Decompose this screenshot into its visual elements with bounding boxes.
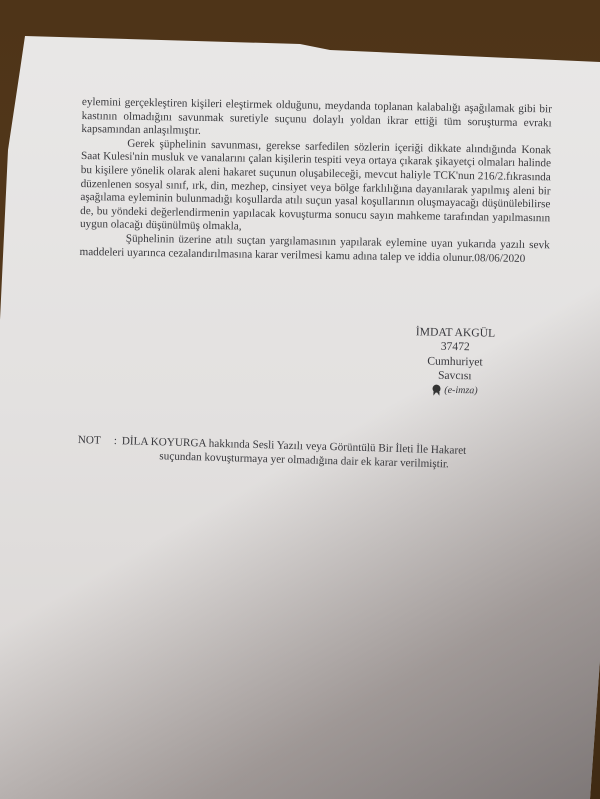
note-label: NOT bbox=[78, 433, 114, 448]
e-signature-label: (e-imza) bbox=[444, 383, 478, 398]
signature-block: İMDAT AKGÜL 37472 Cumhuriyet Savcısı (e-… bbox=[409, 325, 500, 399]
seal-icon bbox=[431, 384, 441, 396]
prosecutor-name: İMDAT AKGÜL bbox=[410, 325, 500, 341]
note-section: NOT : DİLA KOYURGA hakkında Sesli Yazılı… bbox=[77, 433, 518, 473]
prosecutor-number: 37472 bbox=[410, 340, 500, 356]
paragraph-conclusion: eylemini gerçekleştiren kişileri eleştir… bbox=[81, 96, 552, 144]
paragraph-assessment: Gerek şüphelinin savunması, gerekse sarf… bbox=[80, 137, 551, 240]
document-paper: eylemini gerçekleştiren kişileri eleştir… bbox=[0, 0, 600, 799]
e-signature: (e-imza) bbox=[409, 383, 499, 399]
prosecutor-title: Cumhuriyet Savcısı bbox=[410, 354, 500, 384]
document-body: eylemini gerçekleştiren kişileri eleştir… bbox=[79, 96, 552, 266]
